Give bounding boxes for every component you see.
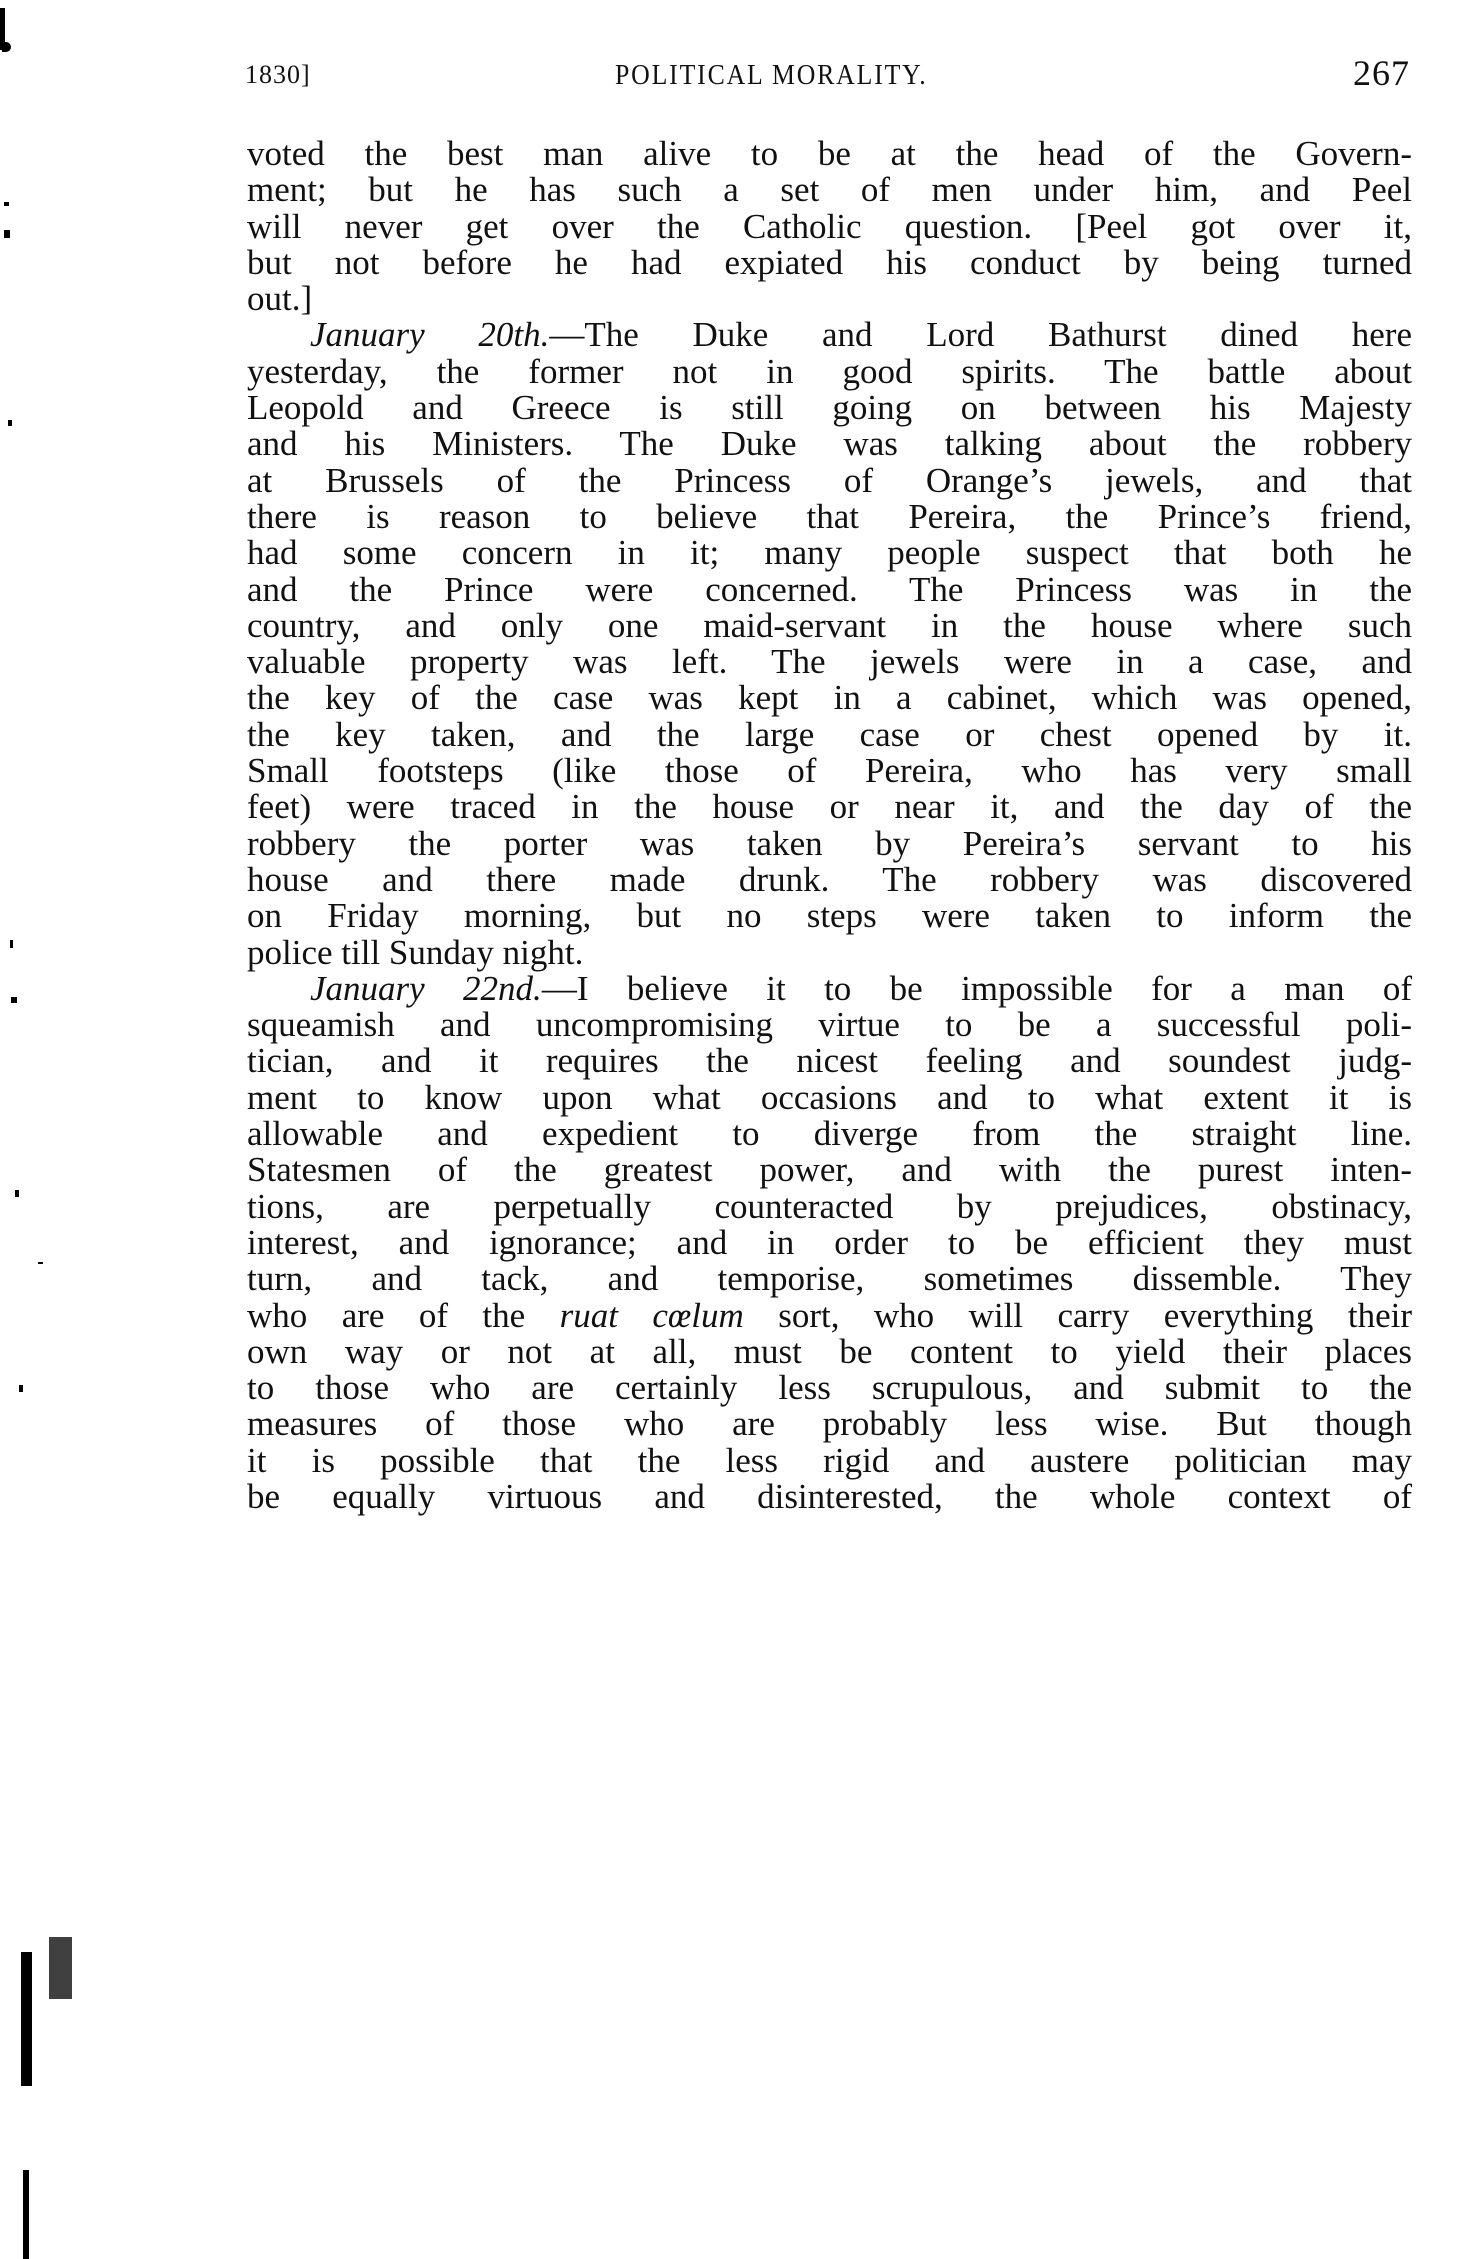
text-line: Leopold and Greece is still going on bet… — [247, 390, 1412, 426]
text-line: out.] — [247, 281, 1412, 317]
text-line: there is reason to believe that Pereira,… — [247, 499, 1412, 535]
text-line: country, and only one maid-servant in th… — [247, 608, 1412, 644]
text-line: interest, and ignorance; and in order to… — [247, 1225, 1412, 1261]
header-year: 1830] — [245, 60, 311, 90]
entry-date: January 20th. — [310, 315, 549, 354]
text-segment: sort, who will carry everything their — [744, 1296, 1412, 1335]
scan-edge-bar — [23, 2170, 29, 2259]
text-line: it is possible that the less rigid and a… — [247, 1443, 1412, 1479]
text-line: turn, and tack, and temporise, sometimes… — [247, 1261, 1412, 1297]
running-header: 1830] POLITICAL MORALITY. 267 — [245, 52, 1410, 92]
text-line: house and there made drunk. The robbery … — [247, 862, 1412, 898]
text-line: and the Prince were concerned. The Princ… — [247, 572, 1412, 608]
header-title: POLITICAL MORALITY. — [615, 60, 928, 92]
text-line: at Brussels of the Princess of Orange’s … — [247, 463, 1412, 499]
text-line: will never get over the Catholic questio… — [247, 209, 1412, 245]
text-line: the key taken, and the large case or che… — [247, 717, 1412, 753]
text-line: robbery the porter was taken by Pereira’… — [247, 826, 1412, 862]
text-segment: who are of the — [247, 1296, 560, 1335]
text-line: to those who are certainly less scrupulo… — [247, 1370, 1412, 1406]
scan-edge-mark — [2, 42, 11, 52]
scan-speck — [11, 997, 17, 1003]
text-line: ment to know upon what occasions and to … — [247, 1080, 1412, 1116]
text-line: but not before he had expiated his condu… — [247, 245, 1412, 281]
text-line: ment; but he has such a set of men under… — [247, 172, 1412, 208]
text-line: yesterday, the former not in good spirit… — [247, 354, 1412, 390]
text-line: be equally virtuous and disinterested, t… — [247, 1479, 1412, 1515]
text-line: police till Sunday night. — [247, 935, 1412, 971]
text-line: the key of the case was kept in a cabine… — [247, 680, 1412, 716]
text-line: Statesmen of the greatest power, and wit… — [247, 1152, 1412, 1188]
text-line: Small footsteps (like those of Pereira, … — [247, 753, 1412, 789]
scan-speck — [15, 1190, 19, 1197]
book-page: 1830] POLITICAL MORALITY. 267 voted the … — [0, 0, 1484, 2259]
entry-date: January 22nd. — [310, 969, 542, 1008]
diary-entry-start: January 22nd.—I believe it to be impossi… — [247, 971, 1412, 1007]
scan-speck — [4, 230, 10, 238]
text-line: who are of the ruat cœlum sort, who will… — [247, 1298, 1412, 1334]
text-line: feet) were traced in the house or near i… — [247, 789, 1412, 825]
text-line: voted the best man alive to be at the he… — [247, 136, 1412, 172]
text-line: measures of those who are probably less … — [247, 1406, 1412, 1442]
text-line: own way or not at all, must be content t… — [247, 1334, 1412, 1370]
body-text: voted the best man alive to be at the he… — [247, 136, 1412, 1515]
text-line: valuable property was left. The jewels w… — [247, 644, 1412, 680]
text-line: tions, are perpetually counteracted by p… — [247, 1189, 1412, 1225]
text-line: on Friday morning, but no steps were tak… — [247, 898, 1412, 934]
text-line: and his Ministers. The Duke was talking … — [247, 426, 1412, 462]
scan-speck — [4, 202, 9, 206]
page-number: 267 — [1353, 52, 1410, 94]
text-line: tician, and it requires the nicest feeli… — [247, 1043, 1412, 1079]
scan-speck — [10, 940, 13, 948]
latin-phrase: ruat cœlum — [560, 1296, 744, 1335]
scan-edge-bar — [21, 1952, 32, 2086]
text-line: squeamish and uncompromising virtue to b… — [247, 1007, 1412, 1043]
diary-entry-start: January 20th.—The Duke and Lord Bathurst… — [247, 317, 1412, 353]
scan-speck — [19, 1385, 23, 1392]
text-line: had some concern in it; many people susp… — [247, 535, 1412, 571]
scan-smudge — [49, 1937, 72, 1999]
entry-text: —I believe it to be impossible for a man… — [542, 969, 1412, 1008]
scan-speck — [38, 1262, 43, 1264]
scan-speck — [8, 420, 12, 426]
entry-text: —The Duke and Lord Bathurst dined here — [549, 315, 1412, 354]
text-line: allowable and expedient to diverge from … — [247, 1116, 1412, 1152]
